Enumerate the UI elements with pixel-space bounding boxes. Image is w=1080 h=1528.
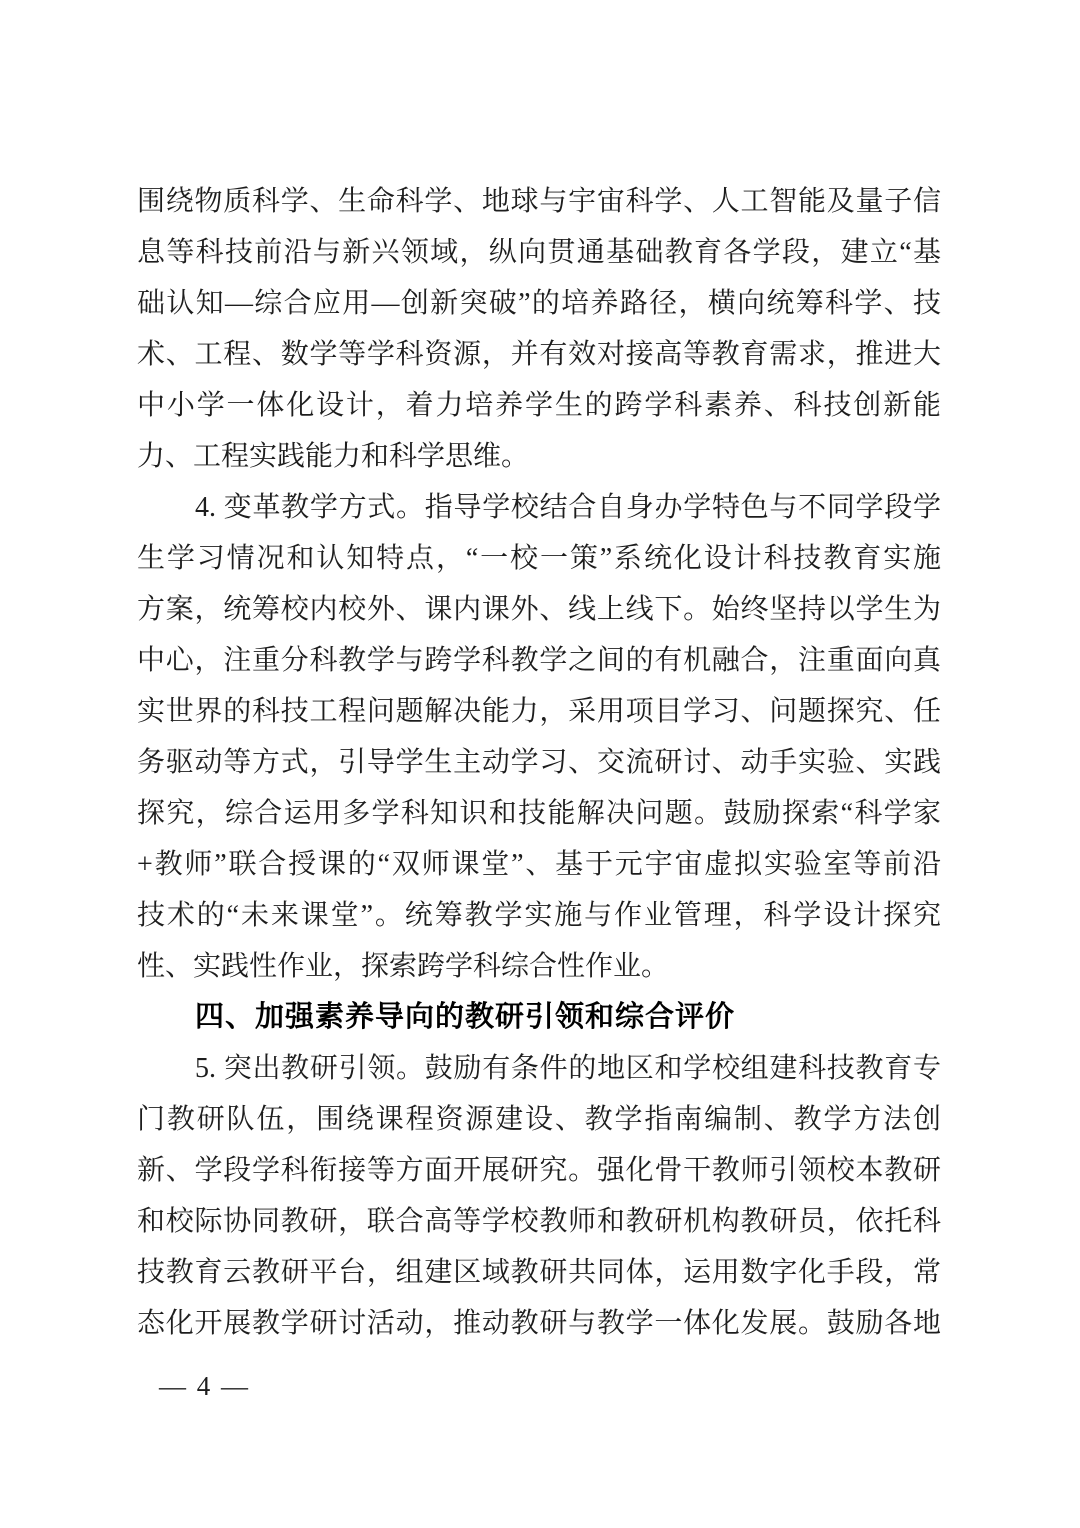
text-line: 门教研队伍，围绕课程资源建设、教学指南编制、教学方法创	[137, 1094, 941, 1145]
text-line: 性、实践性作业，探索跨学科综合性作业。	[137, 941, 941, 992]
text-line: 务驱动等方式，引导学生主动学习、交流研讨、动手实验、实践	[137, 737, 941, 788]
text-line: 新、学段学科衔接等方面开展研究。强化骨干教师引领校本教研	[137, 1145, 941, 1196]
page-number: — 4 —	[159, 1371, 250, 1402]
text-line: 中心，注重分科教学与跨学科教学之间的有机融合，注重面向真	[137, 635, 941, 686]
text-line: 态化开展教学研讨活动，推动教研与教学一体化发展。鼓励各地	[137, 1298, 941, 1349]
text-column: 围绕物质科学、生命科学、地球与宇宙科学、人工智能及量子信息等科技前沿与新兴领域，…	[137, 176, 941, 1349]
text-line: 技术的“未来课堂”。统筹教学实施与作业管理，科学设计探究	[137, 890, 941, 941]
text-line: 力、工程实践能力和科学思维。	[137, 431, 941, 482]
text-line: +教师”联合授课的“双师课堂”、基于元宇宙虚拟实验室等前沿	[137, 839, 941, 890]
section-heading: 四、加强素养导向的教研引领和综合评价	[137, 992, 941, 1043]
text-line: 生学习情况和认知特点，“一校一策”系统化设计科技教育实施	[137, 533, 941, 584]
text-line: 础认知—综合应用—创新突破”的培养路径，横向统筹科学、技	[137, 278, 941, 329]
text-line: 和校际协同教研，联合高等学校教师和教研机构教研员，依托科	[137, 1196, 941, 1247]
text-line: 中小学一体化设计，着力培养学生的跨学科素养、科技创新能	[137, 380, 941, 431]
text-line: 围绕物质科学、生命科学、地球与宇宙科学、人工智能及量子信	[137, 176, 941, 227]
text-line: 术、工程、数学等学科资源，并有效对接高等教育需求，推进大	[137, 329, 941, 380]
text-line: 技教育云教研平台，组建区域教研共同体，运用数字化手段，常	[137, 1247, 941, 1298]
text-line: 息等科技前沿与新兴领域，纵向贯通基础教育各学段，建立“基	[137, 227, 941, 278]
text-line: 实世界的科技工程问题解决能力，采用项目学习、问题探究、任	[137, 686, 941, 737]
text-line: 5. 突出教研引领。鼓励有条件的地区和学校组建科技教育专	[137, 1043, 941, 1094]
text-line: 4. 变革教学方式。指导学校结合自身办学特色与不同学段学	[137, 482, 941, 533]
text-line: 方案，统筹校内校外、课内课外、线上线下。始终坚持以学生为	[137, 584, 941, 635]
document-page: 围绕物质科学、生命科学、地球与宇宙科学、人工智能及量子信息等科技前沿与新兴领域，…	[0, 0, 1080, 1528]
text-line: 探究，综合运用多学科知识和技能解决问题。鼓励探索“科学家	[137, 788, 941, 839]
